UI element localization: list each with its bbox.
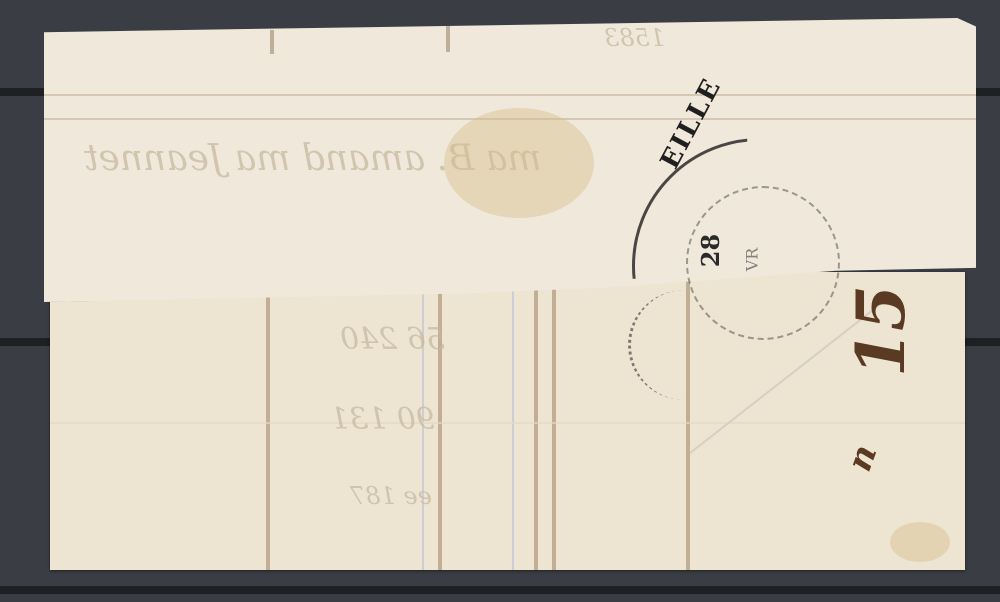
letter-lower-panel: 56 240 90 131 ee 187 — [50, 272, 965, 570]
ghost-text: ee 187 — [350, 482, 432, 510]
ghost-text: 90 131 — [330, 402, 435, 437]
ruled-line — [534, 272, 538, 570]
background-stripe — [0, 586, 1000, 594]
ruled-line — [44, 94, 976, 96]
postmark-day: 28 — [696, 234, 725, 267]
fold-line — [50, 422, 965, 424]
ruled-line — [266, 272, 270, 570]
ruled-line — [438, 272, 442, 570]
postmark-month: VR — [742, 248, 761, 272]
ruled-line — [446, 26, 450, 52]
ghost-text: 1583 — [604, 24, 665, 52]
ruled-line — [552, 272, 556, 570]
ruled-line — [512, 272, 514, 570]
handwritten-rate-marking: 15 — [842, 285, 920, 377]
postmark-lower-arc — [628, 290, 741, 400]
paper-stain — [890, 522, 950, 562]
ruled-line — [270, 30, 274, 54]
ghost-text: 56 240 — [340, 322, 445, 357]
paper-stain — [444, 108, 594, 218]
